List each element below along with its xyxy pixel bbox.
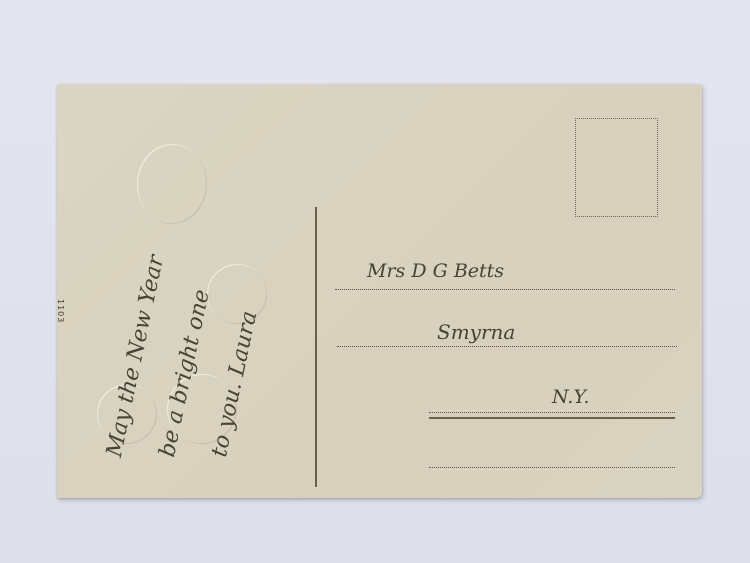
address-name: Mrs D G Betts — [367, 260, 504, 282]
center-divider — [315, 207, 317, 487]
address-line-1 — [335, 289, 675, 290]
postcard-back: 1103 May the New Year be a bright one to… — [57, 84, 702, 498]
embossed-flower — [137, 144, 207, 224]
address-line-3 — [429, 412, 675, 413]
address-city: Smyrna — [437, 320, 515, 344]
address-line-2 — [337, 346, 677, 347]
catalog-number: 1103 — [56, 299, 65, 323]
address-line-3-underline — [429, 417, 675, 419]
stamp-box — [575, 118, 658, 217]
address-line-4 — [429, 467, 675, 468]
address-state: N.Y. — [552, 386, 590, 408]
